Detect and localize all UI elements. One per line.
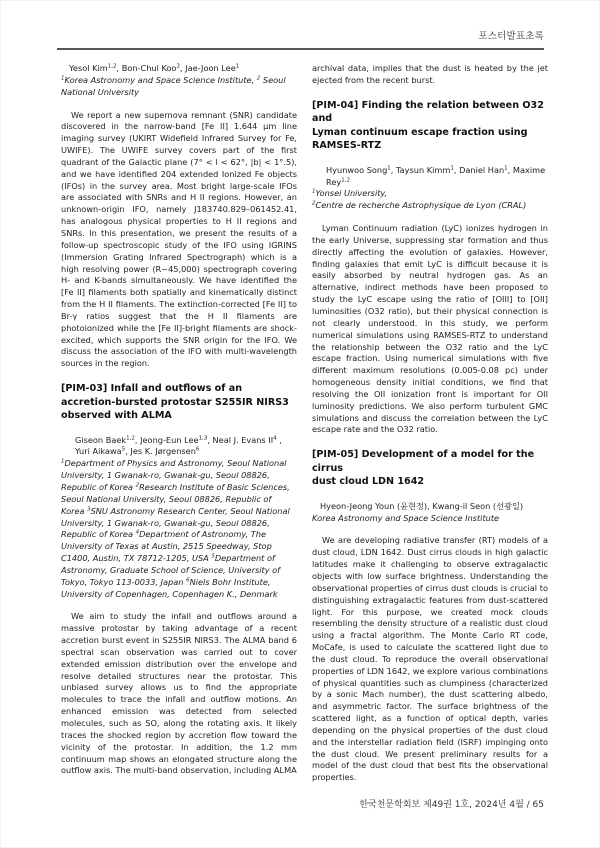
- left-column: Yesol Kim1,2, Bon-Chul Koo2, Jae-Joon Le…: [61, 63, 297, 777]
- affiliations: 1Department of Physics and Astronomy, Se…: [61, 458, 297, 600]
- abstract-title: [PIM-03] Infall and outflows of an accre…: [61, 382, 297, 423]
- author-list: Yesol Kim1,2, Bon-Chul Koo2, Jae-Joon Le…: [61, 63, 297, 75]
- affiliations: 1Yonsei University, 2Centre de recherche…: [312, 188, 548, 212]
- author-list: Giseon Baek1,2, Jeong-Eun Lee1,3, Neal J…: [61, 435, 297, 459]
- abstract-pim-05: [PIM-05] Development of a model for the …: [312, 448, 548, 784]
- author-list: Hyunwoo Song1, Taysun Kimm1, Daniel Han1…: [312, 165, 548, 189]
- abstract-pim-03: [PIM-03] Infall and outflows of an accre…: [61, 382, 297, 777]
- affiliations: Korea Astronomy and Space Science Instit…: [312, 513, 548, 525]
- header-rule: [57, 48, 544, 50]
- abstract-title: [PIM-04] Finding the relation between O3…: [312, 99, 548, 153]
- page-footer: 한국천문학회보 제49권 1호, 2024년 4월 / 65: [57, 797, 544, 810]
- affiliations: 1Korea Astronomy and Space Science Insti…: [61, 75, 297, 99]
- right-column: archival data, implies that the dust is …: [312, 63, 548, 784]
- running-head: 포스터발표초록: [57, 28, 544, 42]
- author-list: Hyeon-Jeong Youn (윤현정), Kwang-il Seon (선…: [312, 501, 548, 513]
- journal-page: 포스터발표초록 Yesol Kim1,2, Bon-Chul Koo2, Jae…: [1, 1, 599, 847]
- abstract-title: [PIM-05] Development of a model for the …: [312, 448, 548, 489]
- abstract-body: We are developing radiative transfer (RT…: [312, 535, 548, 784]
- abstract-pim-04: [PIM-04] Finding the relation between O3…: [312, 99, 548, 437]
- abstract-body: Lyman Continuum radiation (LyC) ionizes …: [312, 223, 548, 436]
- abstract-body: We report a new supernova remnant (SNR) …: [61, 110, 297, 371]
- abstract-body: We aim to study the infall and outflows …: [61, 611, 297, 777]
- abstract-pim-02: Yesol Kim1,2, Bon-Chul Koo2, Jae-Joon Le…: [61, 63, 297, 370]
- abstract-body-continued: archival data, implies that the dust is …: [312, 63, 548, 87]
